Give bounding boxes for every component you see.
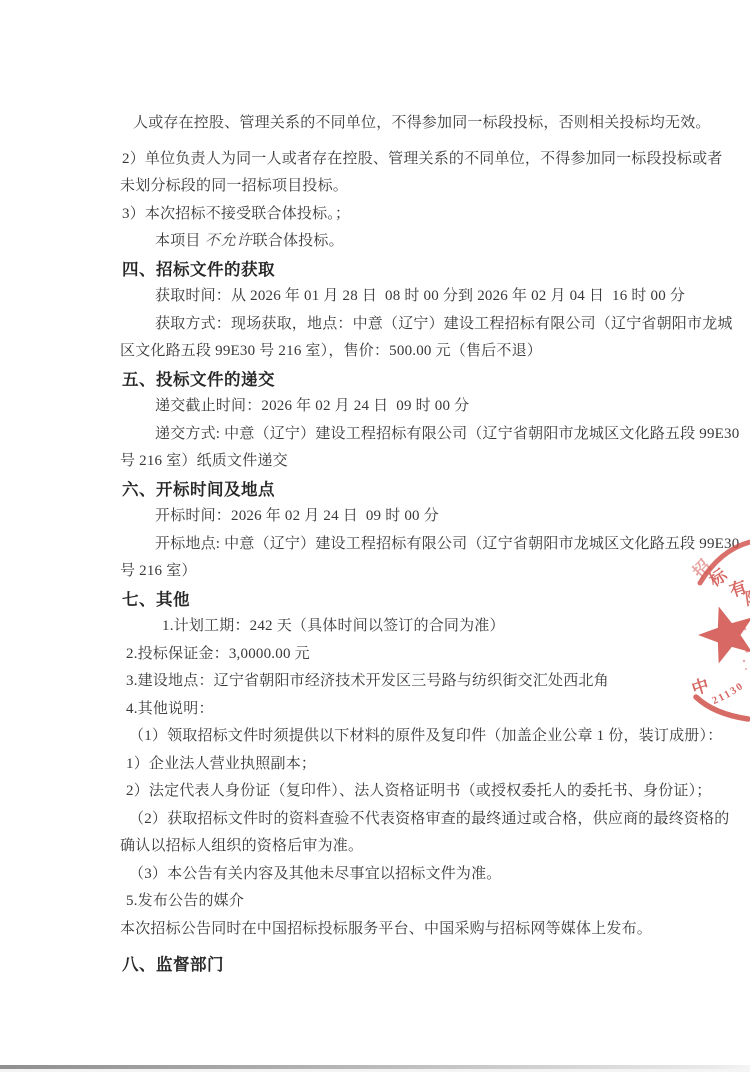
- text-line: （3）本公告有关内容及其他未尽事宜以招标文件为准。: [129, 861, 736, 889]
- section-heading: 六、开标时间及地点: [122, 476, 736, 504]
- text-line: 3.建设地点：辽宁省朝阳市经济技术开发区三号路与纺织街交汇处西北角: [126, 668, 736, 696]
- text-line: （1）领取招标文件时须提供以下材料的原件及复印件（加盖企业公章 1 份，装订成册…: [129, 723, 736, 751]
- section-heading: 八、监督部门: [122, 951, 736, 979]
- text-line: 确认以招标人组织的资格后审为准。: [120, 833, 736, 861]
- text-line: 区文化路五段 99E30 号 216 室），售价：500.00 元（售后不退）: [120, 338, 736, 366]
- text-line: 4.其他说明：: [126, 696, 736, 724]
- text-line: 2）单位负责人为同一人或者存在控股、管理关系的不同单位，不得参加同一标段投标或者: [122, 146, 736, 174]
- document-body: 人或存在控股、管理关系的不同单位，不得参加同一标段投标，否则相关投标均无效。2）…: [120, 110, 736, 979]
- text-line: 开标时间：2026 年 02 月 24 日 09 时 00 分: [155, 503, 736, 531]
- text-line: 获取方式：现场获取，地点：中意（辽宁）建设工程招标有限公司（辽宁省朝阳市龙城: [155, 311, 736, 339]
- company-seal-stamp: 招 标 有 限 中 21130: [648, 533, 750, 728]
- text-line: 2）法定代表人身份证（复印件）、法人资格证明书（或授权委托人的委托书、身份证）；: [126, 778, 736, 806]
- text-line: 人或存在控股、管理关系的不同单位，不得参加同一标段投标，否则相关投标均无效。: [133, 110, 736, 138]
- seal-serial-number: 21130: [711, 680, 747, 707]
- document-page: 人或存在控股、管理关系的不同单位，不得参加同一标段投标，否则相关投标均无效。2）…: [0, 0, 750, 1072]
- section-heading: 七、其他: [122, 586, 736, 614]
- text-line: 递交方式: 中意（辽宁）建设工程招标有限公司（辽宁省朝阳市龙城区文化路五段 99…: [155, 421, 736, 449]
- text-line: 号 216 室）: [120, 558, 736, 586]
- text-line: （2）获取招标文件时的资料查验不代表资格审查的最终通过或合格，供应商的最终资格的: [129, 806, 736, 834]
- text-line: 本次招标公告同时在中国招标投标服务平台、中国采购与招标网等媒体上发布。: [120, 916, 736, 944]
- section-heading: 四、招标文件的获取: [122, 256, 736, 284]
- text-line: 递交截止时间：2026 年 02 月 24 日 09 时 00 分: [155, 393, 736, 421]
- text-line: 获取时间：从 2026 年 01 月 28 日 08 时 00 分到 2026 …: [155, 283, 736, 311]
- text-line: 3）本次招标不接受联合体投标。；: [122, 201, 736, 229]
- seal-star-icon: [698, 607, 750, 664]
- seal-bottom-char: 中: [689, 675, 711, 699]
- text-line: 本项目 不允许联合体投标。: [155, 228, 736, 256]
- text-line: 5.发布公告的媒介: [126, 888, 736, 916]
- section-heading: 五、投标文件的递交: [122, 366, 736, 394]
- text-line: 2.投标保证金：3,0000.00 元: [126, 641, 736, 669]
- text-line: 未划分标段的同一招标项目投标。: [120, 173, 736, 201]
- text-line: 号 216 室）纸质文件递交: [120, 448, 736, 476]
- scanned-document-page: { "page": { "ink_color": "#383838", "bac…: [0, 0, 750, 1072]
- seal-arc-char-4: 限: [744, 588, 750, 609]
- text-line: 1）企业法人营业执照副本；: [126, 751, 736, 779]
